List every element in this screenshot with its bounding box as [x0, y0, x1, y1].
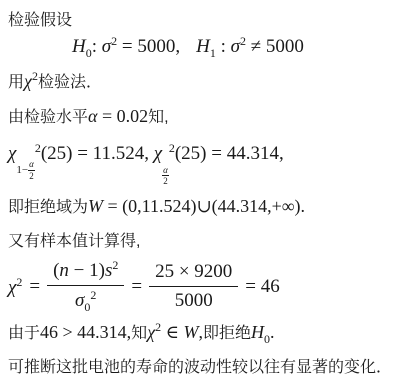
W-symbol-conclusion: W [183, 322, 198, 342]
equals-sign-2: = [131, 276, 142, 298]
upper-quantile-value: (25) = 44.314, [175, 143, 284, 164]
symbolic-numerator: (n − 1)s2 [47, 259, 124, 286]
two-denominator-2: 2 [162, 175, 169, 186]
H0-symbol-conclusion: H [251, 322, 264, 342]
significance-level-statement: 由检验水平α = 0.02知, [8, 104, 169, 127]
null-hypothesis-value: = 5000, [117, 36, 180, 57]
method-statement: 用χ2检验法． [8, 69, 102, 92]
symbolic-denominator: σ02 [75, 286, 96, 315]
numeric-fraction: 25 × 9200 5000 [149, 261, 238, 312]
element-of-symbol: ∈ [161, 322, 183, 342]
chi-symbol-lower-quantile: χ [8, 143, 16, 164]
reject-text-pre: 即拒绝域为 [8, 199, 88, 216]
lower-quantile-subscript: 1−α2 [16, 159, 34, 181]
W-symbol: W [88, 196, 103, 216]
final-inference-statement: 可推断这批电池的寿命的波动性较以往有显著的变化． [8, 354, 392, 377]
chi-symbol-conclusion: χ [147, 322, 155, 342]
conclusion-text-pre: 由于 [8, 325, 40, 342]
sigma-symbol-2: σ [231, 36, 240, 57]
H0-colon: : [92, 36, 102, 57]
rejection-region-statement: 即拒绝域为W = (0,11.524)∪(44.314,+∞). [8, 194, 305, 217]
chi-symbol-upper-quantile: χ [154, 143, 162, 164]
sigma0-symbol: σ [75, 290, 84, 311]
alpha-numerator-2: α [162, 165, 169, 175]
statistic-computation-formula: χ2 = (n − 1)s2 σ02 = 25 × 9200 5000 = 46 [8, 259, 280, 315]
conclusion-text-mid: 知 [131, 325, 147, 342]
two-denominator: 2 [28, 170, 35, 181]
equals-sign-1: = [29, 276, 40, 298]
alt-hypothesis-value: ≠ 5000 [246, 36, 304, 57]
method-text-post: 检验法． [38, 74, 102, 91]
H1-symbol: H [196, 36, 210, 57]
alpha-value: = 0.02 [97, 106, 148, 126]
H1-colon: : [216, 36, 231, 57]
level-text-pre: 由检验水平 [8, 109, 88, 126]
conclusion-text-post: 即拒绝 [203, 325, 251, 342]
s-exponent: 2 [112, 258, 118, 272]
chi-squared-term: χ2 [8, 275, 22, 299]
minus-one-paren: − 1) [69, 260, 105, 281]
conclusion-statement: 由于46 > 44.314,知χ2 ∈ W,即拒绝H0. [8, 320, 274, 347]
lower-quantile-value: (25) = 11.524, [41, 143, 154, 164]
chi-symbol: χ [24, 71, 32, 91]
period: . [270, 322, 275, 342]
level-text-post: 知, [148, 109, 168, 126]
hypothesis-formula: H0: σ2 = 5000,H1 : σ2 ≠ 5000 [72, 34, 304, 61]
sigma-symbol: σ [102, 36, 111, 57]
numeric-denominator: 5000 [175, 287, 213, 312]
sigma0-exponent: 2 [90, 288, 96, 302]
alpha-over-two-fraction: α2 [28, 159, 35, 181]
chi-exponent-statistic: 2 [16, 275, 22, 289]
n-symbol: n [59, 260, 69, 281]
symbolic-fraction: (n − 1)s2 σ02 [47, 259, 124, 315]
sample-values-statement: 又有样本值计算得, [8, 228, 140, 251]
method-text-pre: 用 [8, 74, 24, 91]
subscript-one-minus: 1− [16, 164, 28, 176]
comparison-values: 46 > 44.314, [40, 322, 131, 342]
rejection-region-intervals: = (0,11.524)∪(44.314,+∞). [103, 196, 305, 216]
upper-quantile-subscript: α2 [162, 165, 169, 187]
heading-test-hypothesis: 检验假设 [8, 7, 72, 30]
quantile-formula: χ1−α22(25) = 11.524, χα22(25) = 44.314, [8, 141, 284, 187]
result-value: = 46 [245, 276, 279, 298]
alpha-numerator: α [28, 159, 35, 169]
alpha-over-two-fraction-2: α2 [162, 165, 169, 187]
numeric-numerator: 25 × 9200 [149, 261, 238, 287]
H0-symbol: H [72, 36, 86, 57]
